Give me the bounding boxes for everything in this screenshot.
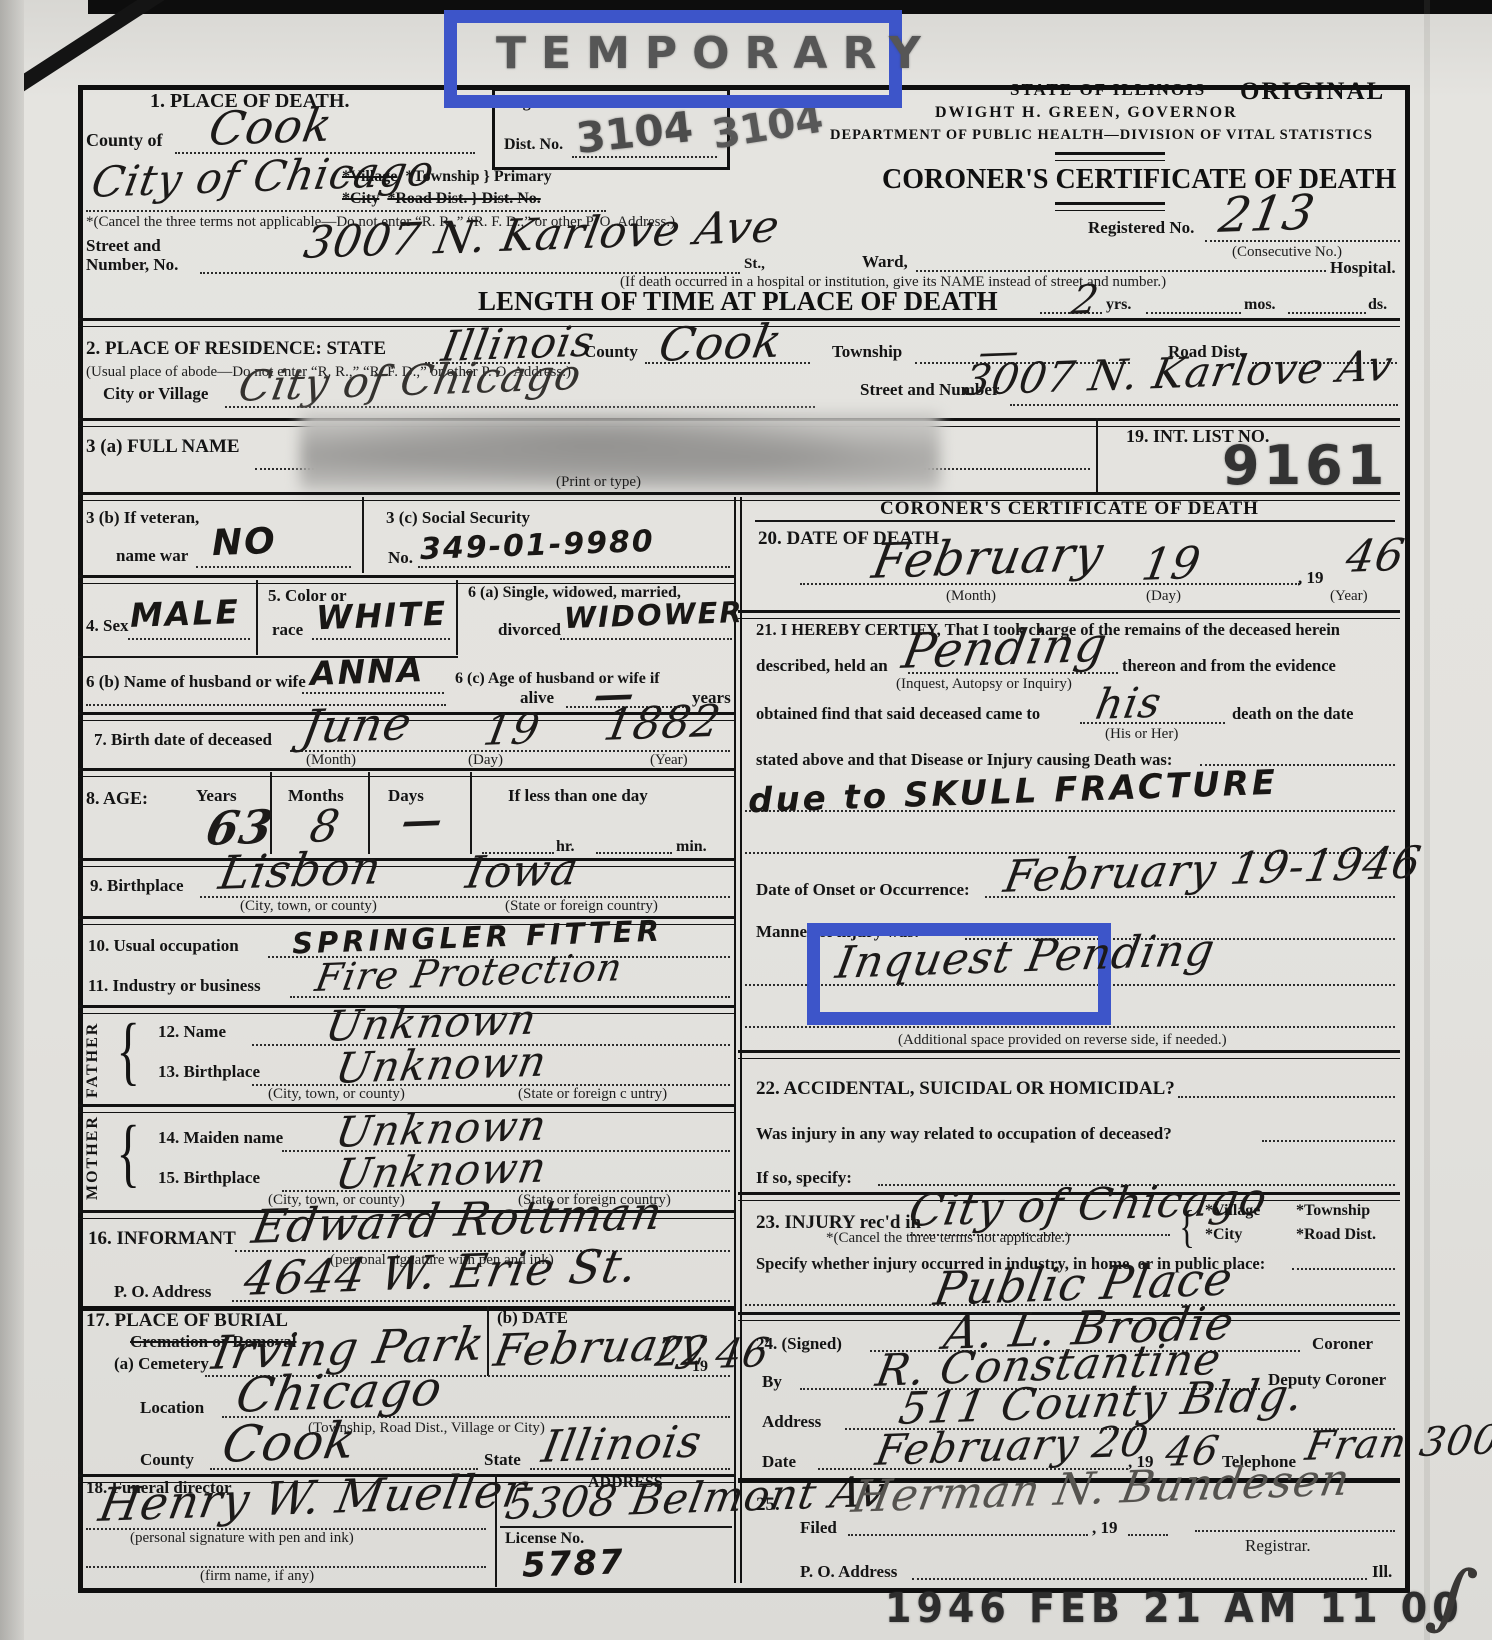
father-name-label: 12. Name <box>158 1022 226 1042</box>
veteran-label1: 3 (b) If veteran, <box>86 508 199 528</box>
injury-brace: { <box>1179 1200 1194 1253</box>
filed-19-line <box>1128 1534 1168 1536</box>
mother-name-label: 14. Maiden name <box>158 1128 283 1148</box>
scan-fold-line <box>1424 0 1430 1640</box>
rule-below-manner <box>738 1050 1400 1059</box>
length-ds-line <box>1288 312 1366 314</box>
funeral-license-value: 5787 <box>521 1542 625 1586</box>
injury-b3: *City <box>1205 1226 1242 1244</box>
cemetery-label: (a) Cemetery <box>114 1354 209 1374</box>
mother-side-label: MOTHER <box>84 1118 102 1200</box>
length-heading: LENGTH OF TIME AT PLACE OF DEATH <box>478 286 998 317</box>
dod-year-cap: (Year) <box>1330 588 1368 605</box>
age-divider3 <box>470 772 472 854</box>
rule-below-age <box>78 858 734 867</box>
coroner-address-label: Address <box>762 1412 821 1432</box>
burial-loc-label: Location <box>140 1398 204 1418</box>
marital-line <box>560 638 732 640</box>
injury-specify-line <box>1292 1268 1395 1270</box>
bracket-township: *Township } Primary <box>405 168 551 185</box>
birthplace-state: Iowa <box>462 844 583 899</box>
funeral-firm-note: (firm name, if any) <box>200 1568 314 1585</box>
filed-19: , 19 <box>1092 1518 1118 1538</box>
birthdate-year-cap: (Year) <box>650 752 688 769</box>
divider-5-6a <box>456 580 458 655</box>
s2-street-line <box>1010 404 1398 406</box>
received-timestamp-stamp: 1946 FEB 21 AM 11 00 <box>885 1584 1464 1632</box>
informant-label: 16. INFORMANT <box>88 1228 236 1250</box>
father-cap1: (City, town, or county) <box>268 1086 405 1103</box>
s2-county-value: Cook <box>655 313 787 372</box>
age-label: 8. AGE: <box>86 788 148 809</box>
full-name-label: 3 (a) FULL NAME <box>86 436 240 458</box>
dod-month: February <box>868 526 1108 590</box>
marital-value: WIDOWER <box>563 595 744 635</box>
coroner-label: Coroner <box>1312 1334 1373 1354</box>
dod-19: , 19 <box>1298 568 1324 588</box>
pen-flourish: ∫ <box>1422 1548 1483 1640</box>
certify-his-cap: (His or Her) <box>1105 726 1178 743</box>
veteran-label2: name war <box>116 546 188 566</box>
father-side-label: FATHER <box>84 1016 102 1098</box>
sex-label: 4. Sex <box>86 616 129 636</box>
age-min-line <box>596 852 672 854</box>
father-bp-value: Unknown <box>332 1036 551 1093</box>
divider-3b-3c <box>362 497 364 573</box>
signed-label: 24. (Signed) <box>756 1334 842 1354</box>
certify-held-cap: (Inquest, Autopsy or Inquiry) <box>896 676 1072 693</box>
bracket-city-struck: *City <box>342 190 379 207</box>
industry-label: 11. Industry or business <box>88 976 261 996</box>
occupation-related-line <box>1262 1140 1395 1142</box>
length-yrs-label: yrs. <box>1106 296 1131 314</box>
street-st-abbr: St., <box>744 256 765 273</box>
state-header: STATE OF ILLINOIS <box>1010 80 1206 100</box>
int-list-box-left-border <box>1096 418 1098 492</box>
bracket-village: *Village *Township } Primary <box>342 168 552 186</box>
birthdate-day: 19 <box>480 704 544 755</box>
accidental-label: 22. ACCIDENTAL, SUICIDAL OR HOMICIDAL? <box>756 1078 1175 1100</box>
ward-line <box>916 270 1326 272</box>
filed-ill-label: Ill. <box>1372 1562 1392 1582</box>
registered-no-label: Registered No. <box>1088 218 1194 238</box>
ssn-line <box>418 566 730 568</box>
certify-death-date: death on the date <box>1232 704 1353 724</box>
rule-below-right-header <box>755 520 1395 522</box>
divider-4-5 <box>256 580 258 655</box>
bracket-road-struck: *Road Dist. } Dist. No. <box>387 190 540 207</box>
age-days-value: — <box>398 796 447 845</box>
additional-space-note: (Additional space provided on reverse si… <box>898 1032 1227 1049</box>
s2-township-label: Township <box>832 342 902 362</box>
dist-no-box-label2: Dist. No. <box>504 136 563 154</box>
length-ds-label: ds. <box>1368 296 1387 314</box>
certify-his-value: his <box>1092 677 1166 729</box>
occupation-related-q: Was injury in any way related to occupat… <box>756 1124 1172 1144</box>
spouse-value: ANNA <box>309 650 425 693</box>
dod-day-cap: (Day) <box>1146 588 1181 605</box>
certificate-title: CORONER'S CERTIFICATE OF DEATH <box>882 164 1396 196</box>
injury-b2: *Township <box>1296 1202 1370 1220</box>
sex-line <box>128 638 250 640</box>
coroner-date-label: Date <box>762 1452 796 1472</box>
original-label: ORIGINAL <box>1240 78 1385 106</box>
funeral-sig-note: (personal signature with pen and ink) <box>130 1530 354 1547</box>
rule-below-birthdate <box>78 768 734 777</box>
certify-came-label: obtained find that said deceased came to <box>756 704 1040 724</box>
department-line: DEPARTMENT OF PUBLIC HEALTH—DIVISION OF … <box>830 127 1373 144</box>
birthplace-cap1: (City, town, or county) <box>240 898 377 915</box>
burial-county-value: Cook <box>218 1411 361 1474</box>
dod-year: 46 <box>1342 530 1409 583</box>
birthplace-label: 9. Birthplace <box>90 876 184 896</box>
length-mos-label: mos. <box>1244 296 1276 314</box>
filed-po-line <box>912 1578 1367 1580</box>
consecutive-note: (Consecutive No.) <box>1232 244 1342 261</box>
burial-date-19: 19 <box>692 1358 708 1376</box>
veteran-value: NO <box>211 521 277 564</box>
temporary-stamp: TEMPORARY <box>496 28 936 79</box>
burial-state-value: Illinois <box>538 1416 706 1473</box>
ward-label: Ward, <box>862 252 908 272</box>
birthplace-cap2: (State or foreign country) <box>505 898 658 915</box>
injury-cancel-note: *(Cancel the three terms not applicable.… <box>826 1230 1070 1247</box>
mother-bp-label: 15. Birthplace <box>158 1168 260 1188</box>
if-so-specify-q: If so, specify: <box>756 1168 852 1188</box>
bracket-city: *City *Road Dist. } Dist. No. <box>342 190 541 208</box>
race-label2: race <box>272 620 303 640</box>
right-column-header: CORONER'S CERTIFICATE OF DEATH <box>880 498 1259 520</box>
spouse-label: 6 (b) Name of husband or wife <box>86 672 306 692</box>
ssn-no-label: No. <box>388 548 413 568</box>
informant-po-label: P. O. Address <box>114 1282 211 1302</box>
birthdate-month-cap: (Month) <box>306 752 356 769</box>
certify-held-value: Pending <box>898 616 1112 680</box>
s2-heading: 2. PLACE OF RESIDENCE: STATE <box>86 338 386 360</box>
header-rule <box>1055 152 1165 161</box>
hospital-label: Hospital. <box>1330 258 1396 278</box>
registrar-label: Registrar. <box>1245 1536 1311 1556</box>
injury-b1: *Village <box>1205 1202 1260 1220</box>
injury-b4: *Road Dist. <box>1296 1226 1376 1244</box>
filed-po-label: P. O. Address <box>800 1562 897 1582</box>
death-certificate-scan: 521 TEMPORARY Registration Dist. No. 310… <box>0 0 1492 1640</box>
registered-no-line <box>1205 240 1400 242</box>
filed-line <box>848 1534 1088 1536</box>
street-label2: Number, No. <box>86 255 178 275</box>
marital-label2: divorced <box>498 620 561 640</box>
veteran-line <box>196 566 351 568</box>
scan-left-edge <box>0 0 24 1640</box>
race-value: WHITE <box>315 594 448 638</box>
father-bp-label: 13. Birthplace <box>158 1062 260 1082</box>
race-line <box>312 638 450 640</box>
length-mos-line <box>1146 312 1241 314</box>
occupation-label: 10. Usual occupation <box>88 936 239 956</box>
burial-county-label: County <box>140 1450 194 1470</box>
title-rule <box>1055 202 1165 211</box>
street-label1: Street and <box>86 236 161 256</box>
accidental-line <box>1178 1096 1395 1098</box>
rule-below-3b <box>78 575 734 584</box>
column-divider <box>734 497 742 1583</box>
int-list-stamp: 9161 <box>1222 434 1388 497</box>
certify-thereon: thereon and from the evidence <box>1122 656 1336 676</box>
registered-no-value: 213 <box>1215 184 1320 244</box>
governor-line: DWIGHT H. GREEN, GOVERNOR <box>935 104 1238 122</box>
s2-city-label: City or Village <box>103 384 208 404</box>
certify-held-label: described, held an <box>756 656 888 676</box>
dod-month-cap: (Month) <box>946 588 996 605</box>
birthdate-month: June <box>298 696 416 754</box>
dod-day: 19 <box>1138 538 1205 591</box>
sex-value: MALE <box>129 592 240 635</box>
mother-brace: { <box>116 1110 140 1197</box>
manner-extra-line <box>745 1026 1395 1028</box>
birthdate-year: 1882 <box>600 696 725 751</box>
father-brace: { <box>116 1008 140 1095</box>
certify-stated: stated above and that Disease or Injury … <box>756 750 1172 770</box>
age-less-header: If less than one day <box>508 786 648 806</box>
county-value: Cook <box>205 97 337 156</box>
filed-label: Filed <box>800 1518 837 1538</box>
birthdate-day-cap: (Day) <box>468 752 503 769</box>
by-label: By <box>762 1372 782 1392</box>
s2-county-label: County <box>584 342 638 362</box>
print-or-type-note: (Print or type) <box>556 474 641 491</box>
bracket-village-struck: *Village <box>342 168 397 185</box>
age-min-label: min. <box>676 838 707 856</box>
registrar-line <box>1195 1530 1395 1532</box>
birthplace-city: Lisbon <box>215 840 386 900</box>
birthdate-label: 7. Birth date of deceased <box>94 730 272 750</box>
ssn-label: 3 (c) Social Security <box>386 508 530 528</box>
filed-num: 25. <box>756 1494 780 1516</box>
onset-label: Date of Onset or Occurrence: <box>756 880 970 900</box>
county-label: County of <box>86 130 163 151</box>
